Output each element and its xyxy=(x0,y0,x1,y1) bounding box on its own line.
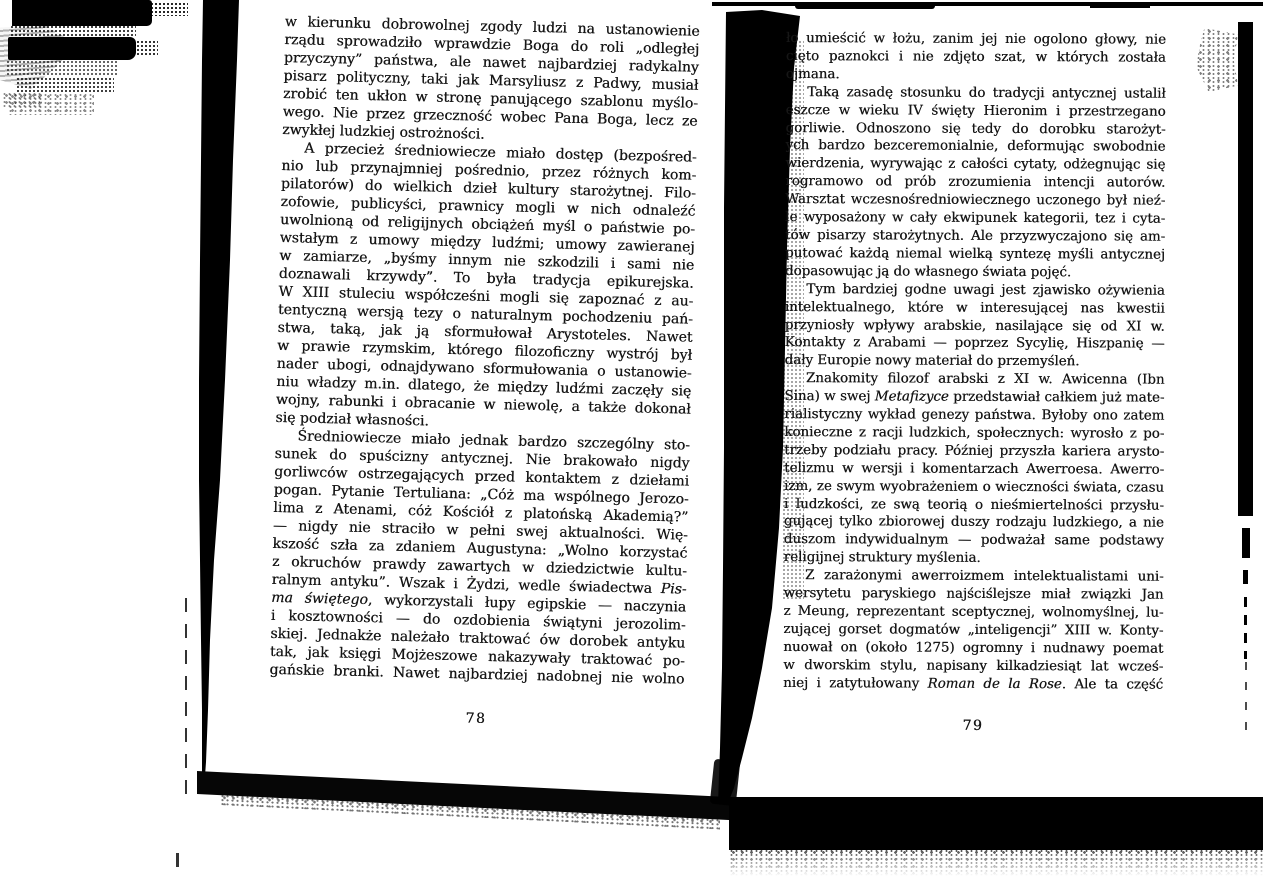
scan-top-edge-line-thick xyxy=(795,2,935,9)
page-number: 79 xyxy=(783,717,1163,737)
text-line: rogramowo od prób zrozumienia intencji a… xyxy=(785,173,1165,193)
text-line: ojmana. xyxy=(786,66,1166,86)
bottom-shadow-right-block xyxy=(729,797,1263,850)
page-edge-bar-left-shape xyxy=(194,0,240,800)
bar-dash xyxy=(1242,528,1250,558)
text-line: izm, ze swym wyobrażeniem o wieczności ś… xyxy=(784,478,1164,498)
text-line: Kontakty z Arabami — poprzez Sycylię, Hi… xyxy=(785,334,1165,354)
text-line: Warsztat wczesnośredniowiecznego uczoneg… xyxy=(785,191,1165,211)
text-line: dopasowując ją do własnego świata pojęć. xyxy=(785,263,1165,283)
text-line: gorliwie. Odnoszono się tedy do dorobku … xyxy=(786,120,1166,140)
text-line: gującej tylko zbiorowej duszy rodzaju lu… xyxy=(784,513,1164,533)
scan-top-edge-blob xyxy=(1090,2,1150,8)
page-edge-bar-left xyxy=(194,0,240,800)
text-line: ych bardzo bezceremonialnie, deformując … xyxy=(785,137,1165,157)
text-line: wierdzenia, wyrywając z całości cytaty, … xyxy=(785,155,1165,175)
text-line: trzeby podziału pracy. Później przyszła … xyxy=(784,442,1164,462)
text-line: ło umieścić w łożu, zanim jej nie ogolon… xyxy=(786,30,1166,50)
book-page-right: ło umieścić w łożu, zanim jej nie ogolon… xyxy=(783,30,1166,736)
scan-blob-row xyxy=(150,2,188,16)
scan-specks-right-top xyxy=(1196,28,1238,92)
text-line: Z zarażonymi awerroizmem intelektualista… xyxy=(784,567,1164,587)
scanned-book-spread: { "colors": { "paper": "#ffffff", "ink":… xyxy=(0,0,1263,892)
text-line: eszcze w wieku IV święty Hieronim i prze… xyxy=(786,102,1166,122)
text-line: putować każdą niemal wielką syntezę myśl… xyxy=(785,245,1165,265)
text-line: intelektualnego, które w interesującej n… xyxy=(785,299,1165,319)
text-line: tów pisarzy starożytnych. Ale przyzwycza… xyxy=(785,227,1165,247)
bottom-gutter-join xyxy=(710,759,741,806)
scan-specks-left-edge xyxy=(2,92,42,108)
scan-blob-row xyxy=(12,0,152,26)
scan-blob-row xyxy=(132,40,158,56)
text-line: duszom indywidualnym — podważał same pod… xyxy=(784,531,1164,551)
bar-solid xyxy=(1238,22,1253,516)
bar-dash xyxy=(1244,597,1247,659)
scan-tick-bottom-left xyxy=(176,853,179,867)
text-line: nuował on (około 1275) ogromny i nudnawy… xyxy=(783,639,1163,659)
text-line: zującej gorset dogmatów „inteligencji” X… xyxy=(783,621,1163,641)
text-line: dały Europie nowy materiał do przemyśleń… xyxy=(785,352,1165,372)
page-text: ło umieścić w łożu, zanim jej nie ogolon… xyxy=(783,30,1166,694)
bar-dash xyxy=(1245,662,1247,732)
book-page-left: w kierunku dobrowolnej zgody ludzi na us… xyxy=(268,13,700,733)
text-line: telizmu w wersji i komentarzach Awerroes… xyxy=(784,460,1164,480)
page-number: 78 xyxy=(268,705,683,733)
text-line: z Meung, reprezentant sceptycznej, wolno… xyxy=(783,603,1163,623)
text-line: le wyposażony w cały ekwipunek kategorii… xyxy=(785,209,1165,229)
text-line: niej i zatytułowany Roman de la Rose. Al… xyxy=(783,675,1163,695)
text-line: konieczne z racji ludzkich, społecznych:… xyxy=(784,424,1164,444)
page-edge-bar-right xyxy=(1237,22,1254,722)
text-line: Sina) w swej Metafizyce przedstawiał cał… xyxy=(784,388,1164,408)
text-line: Tym bardziej godne uwagi jest zjawisko o… xyxy=(785,281,1165,301)
page-edge-thin-line-left xyxy=(185,598,187,796)
text-line: przyniosły wpływy arabskie, nasilające s… xyxy=(785,316,1165,336)
text-line: religijnej struktury myślenia. xyxy=(784,549,1164,569)
bottom-shadow-right-speckle xyxy=(729,849,1263,876)
text-line: i ludzkości, ze swą teorią o nieśmiertel… xyxy=(784,496,1164,516)
text-line: cięto paznokci i nie zdjęto szat, w któr… xyxy=(786,48,1166,68)
text-line: Znakomity filozof arabski z XI w. Awicen… xyxy=(784,370,1164,390)
text-line: w dworskim stylu, napisany kilkadziesiąt… xyxy=(783,657,1163,677)
page-text: w kierunku dobrowolnej zgody ludzi na us… xyxy=(269,13,700,689)
text-line: wersytetu paryskiego najściślejsze miał … xyxy=(783,585,1163,605)
bar-dash xyxy=(1243,570,1248,584)
text-line: rialistyczny wykład genezy państwa. Było… xyxy=(784,406,1164,426)
text-line: Taką zasadę stosunku do tradycji antyczn… xyxy=(786,84,1166,104)
